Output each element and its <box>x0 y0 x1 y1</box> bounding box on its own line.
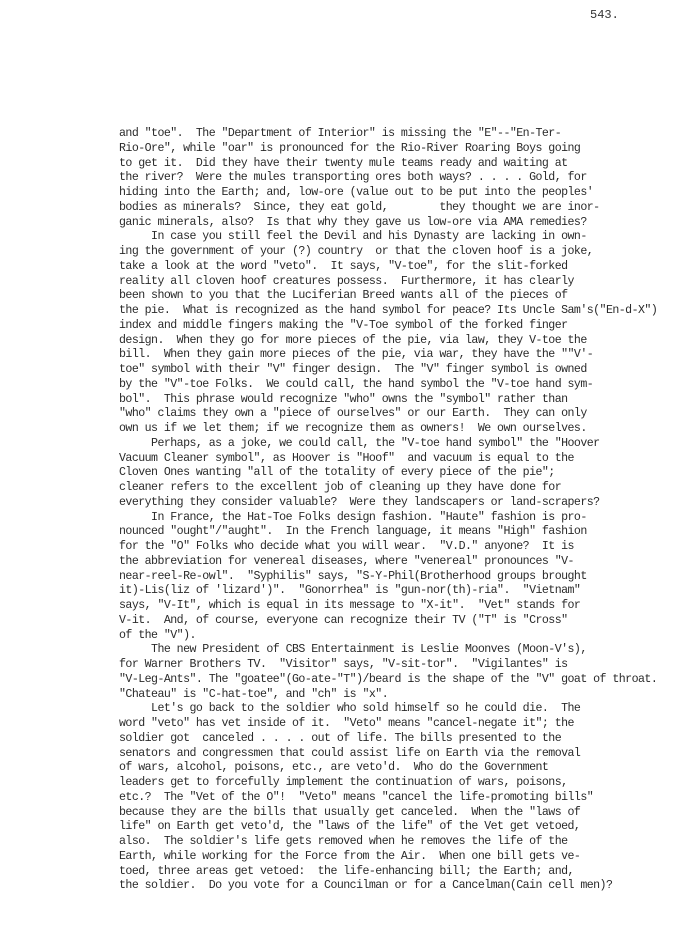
page-number: 543. <box>590 8 619 22</box>
text-line: bodies as minerals? Since, they eat gold… <box>119 201 689 216</box>
text-line: In case you still feel the Devil and his… <box>119 230 689 245</box>
text-line: Earth, while working for the Force from … <box>119 850 689 865</box>
text-line: says, "V-It", which is equal in its mess… <box>119 599 689 614</box>
text-line: V-it. And, of course, everyone can recog… <box>119 614 689 629</box>
text-line: index and middle fingers making the "V-T… <box>119 319 689 334</box>
text-line: been shown to you that the Luciferian Br… <box>119 289 689 304</box>
text-line: "who" claims they own a "piece of oursel… <box>119 407 689 422</box>
text-line: of wars, alcohol, poisons, etc., are vet… <box>119 761 689 776</box>
text-line: for the "O" Folks who decide what you wi… <box>119 540 689 555</box>
text-line: design. When they go for more pieces of … <box>119 334 689 349</box>
text-line: Perhaps, as a joke, we could call, the "… <box>119 437 689 452</box>
text-line: Vacuum Cleaner symbol", as Hoover is "Ho… <box>119 452 689 467</box>
text-line: bol". This phrase would recognize "who" … <box>119 393 689 408</box>
text-line: bill. When they gain more pieces of the … <box>119 348 689 363</box>
text-line: by the "V"-toe Folks. We could call, the… <box>119 378 689 393</box>
text-line: the abbreviation for venereal diseases, … <box>119 555 689 570</box>
text-line: of the "V"). <box>119 629 689 644</box>
text-line: take a look at the word "veto". It says,… <box>119 260 689 275</box>
text-line: Rio-Ore", while "oar" is pronounced for … <box>119 142 689 157</box>
text-line: nounced "ought"/"aught". In the French l… <box>119 525 689 540</box>
document-body: and "toe". The "Department of Interior" … <box>119 127 689 894</box>
text-line: Cloven Ones wanting "all of the totality… <box>119 466 689 481</box>
text-line: life" on Earth get veto'd, the "laws of … <box>119 820 689 835</box>
text-line: ing the government of your (?) country o… <box>119 245 689 260</box>
text-line: it)-Lis(liz of 'lizard')". "Gonorrhea" i… <box>119 584 689 599</box>
text-line: Let's go back to the soldier who sold hi… <box>119 702 689 717</box>
text-line: the soldier. Do you vote for a Councilma… <box>119 879 689 894</box>
text-line: the river? Were the mules transporting o… <box>119 171 689 186</box>
text-line: the pie. What is recognized as the hand … <box>119 304 689 319</box>
text-line: toe" symbol with their "V" finger design… <box>119 363 689 378</box>
text-line: senators and congressmen that could assi… <box>119 747 689 762</box>
text-line: In France, the Hat-Toe Folks design fash… <box>119 511 689 526</box>
text-line: hiding into the Earth; and, low-ore (val… <box>119 186 689 201</box>
text-line: cleaner refers to the excellent job of c… <box>119 481 689 496</box>
text-line: toed, three areas get vetoed: the life-e… <box>119 865 689 880</box>
text-line: "V-Leg-Ants". The "goatee"(Go-ate-"T")/b… <box>119 673 689 688</box>
text-line: reality all cloven hoof creatures posses… <box>119 275 689 290</box>
text-line: soldier got canceled . . . . out of life… <box>119 732 689 747</box>
text-line: for Warner Brothers TV. "Visitor" says, … <box>119 658 689 673</box>
text-line: own us if we let them; if we recognize t… <box>119 422 689 437</box>
text-line: because they are the bills that usually … <box>119 806 689 821</box>
text-line: "Chateau" is "C-hat-toe", and "ch" is "x… <box>119 688 689 703</box>
text-line: near-reel-Re-owl". "Syphilis" says, "S-Y… <box>119 570 689 585</box>
text-line: The new President of CBS Entertainment i… <box>119 643 689 658</box>
text-line: etc.? The "Vet of the O"! "Veto" means "… <box>119 791 689 806</box>
text-line: ganic minerals, also? Is that why they g… <box>119 216 689 231</box>
text-line: to get it. Did they have their twenty mu… <box>119 157 689 172</box>
text-line: word "veto" has vet inside of it. "Veto"… <box>119 717 689 732</box>
text-line: everything they consider valuable? Were … <box>119 496 689 511</box>
text-line: also. The soldier's life gets removed wh… <box>119 835 689 850</box>
text-line: leaders get to forcefully implement the … <box>119 776 689 791</box>
text-line: and "toe". The "Department of Interior" … <box>119 127 689 142</box>
